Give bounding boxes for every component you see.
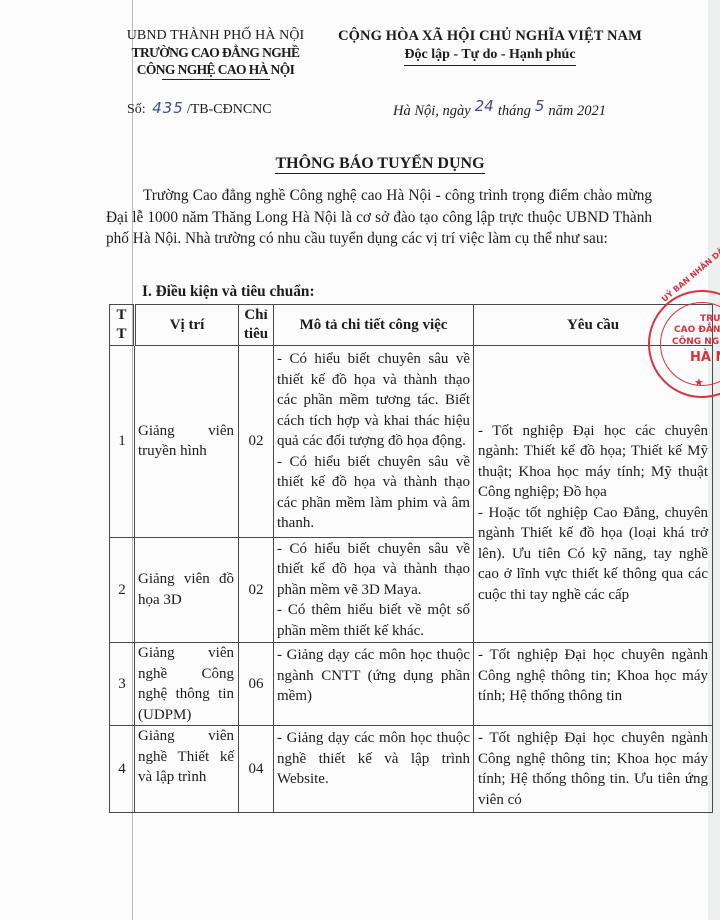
header-description: Mô tả chi tiết công việc — [274, 305, 474, 346]
position-cell: Giảng viên truyền hình — [135, 346, 239, 538]
number-prefix: Số: — [127, 102, 146, 117]
date-month: 5 — [535, 97, 545, 115]
table-row: 1Giảng viên truyền hình02- Có hiểu biết … — [110, 346, 713, 538]
title-text: THÔNG BÁO TUYỂN DỤNG — [275, 155, 484, 174]
table-header-row: TT Vị trí Chỉtiêu Mô tả chi tiết công vi… — [110, 305, 713, 346]
row-number: 3 — [110, 643, 135, 726]
description-cell: - Giảng dạy các môn học thuộc nghề thiết… — [274, 726, 474, 813]
description-item: - Có hiểu biết chuyên sâu về thiết kế đồ… — [277, 452, 470, 534]
position-cell: Giảng viên nghề Công nghệ thông tin (UDP… — [135, 643, 239, 726]
date-month-label: tháng — [498, 103, 531, 119]
header-tt: TT — [110, 305, 135, 346]
section-heading: I. Điều kiện và tiêu chuẩn: — [142, 283, 315, 301]
date-day: 24 — [475, 97, 494, 115]
requirements-cell: - Tốt nghiệp Đại học các chuyên ngành: T… — [474, 346, 713, 643]
position-cell: Giảng viên đồ họa 3D — [135, 537, 239, 643]
quota-cell: 02 — [239, 537, 274, 643]
national-header: CỘNG HÒA XÃ HỘI CHỦ NGHĨA VIỆT NAM Độc l… — [330, 28, 650, 66]
intro-text: Trường Cao đẳng nghề Công nghệ cao Hà Nộ… — [106, 185, 652, 250]
requirement-item: - Tốt nghiệp Đại học các chuyên ngành: T… — [478, 421, 708, 503]
number-handwritten: 435 — [152, 99, 184, 117]
header-quota: Chỉtiêu — [239, 305, 274, 346]
country-name: CỘNG HÒA XÃ HỘI CHỦ NGHĨA VIỆT NAM — [330, 28, 650, 45]
description-item: - Có thêm hiểu biết về một số phần mềm t… — [277, 600, 470, 641]
date-year: năm 2021 — [548, 103, 606, 119]
table-row: 3Giảng viên nghề Công nghệ thông tin (UD… — [110, 643, 713, 726]
school-name-line2: CÔNG NGHỆ CAO HÀ NỘI — [108, 61, 323, 78]
description-cell: - Giảng dạy các môn học thuộc ngành CNTT… — [274, 643, 474, 726]
row-number: 2 — [110, 537, 135, 643]
requirements-cell: - Tốt nghiệp Đại học chuyên ngành Công n… — [474, 726, 713, 813]
recruitment-table: TT Vị trí Chỉtiêu Mô tả chi tiết công vi… — [109, 304, 713, 813]
document-title: THÔNG BÁO TUYỂN DỤNG — [100, 155, 660, 173]
document-number: Số: 435/TB-CĐNCNC — [127, 99, 272, 118]
description-item: - Giảng dạy các môn học thuộc ngành CNTT… — [277, 645, 470, 707]
document-date: Hà Nội, ngày24tháng5năm 2021 — [393, 101, 606, 120]
position-cell: Giảng viên nghề Thiết kế và lập trình — [135, 726, 239, 813]
school-name-line1: TRƯỜNG CAO ĐẲNG NGHỀ — [108, 44, 323, 61]
date-prefix: Hà Nội, ngày — [393, 103, 471, 119]
header-underline — [162, 79, 270, 80]
header-requirements: Yêu cầu — [474, 305, 713, 346]
intro-paragraph: Trường Cao đẳng nghề Công nghệ cao Hà Nộ… — [106, 185, 652, 250]
number-suffix: /TB-CĐNCNC — [187, 102, 272, 117]
requirement-item: - Hoặc tốt nghiệp Cao Đẳng, chuyên ngành… — [478, 503, 708, 606]
requirements-cell: - Tốt nghiệp Đại học chuyên ngành Công n… — [474, 643, 713, 726]
description-cell: - Có hiểu biết chuyên sâu về thiết kế đồ… — [274, 537, 474, 643]
document-page: UBND THÀNH PHỐ HÀ NỘI TRƯỜNG CAO ĐẲNG NG… — [0, 0, 720, 920]
quota-cell: 04 — [239, 726, 274, 813]
national-motto: Độc lập - Tự do - Hạnh phúc — [404, 47, 575, 66]
requirement-item: - Tốt nghiệp Đại học chuyên ngành Công n… — [478, 728, 708, 810]
issuer-header: UBND THÀNH PHỐ HÀ NỘI TRƯỜNG CAO ĐẲNG NG… — [108, 28, 323, 80]
authority-name: UBND THÀNH PHỐ HÀ NỘI — [108, 28, 323, 44]
table-row: 4Giảng viên nghề Thiết kế và lập trình04… — [110, 726, 713, 813]
description-item: - Có hiểu biết chuyên sâu về thiết kế đồ… — [277, 539, 470, 601]
description-cell: - Có hiểu biết chuyên sâu về thiết kế đồ… — [274, 346, 474, 538]
row-number: 4 — [110, 726, 135, 813]
header-position: Vị trí — [135, 305, 239, 346]
requirement-item: - Tốt nghiệp Đại học chuyên ngành Công n… — [478, 645, 708, 707]
row-number: 1 — [110, 346, 135, 538]
quota-cell: 06 — [239, 643, 274, 726]
description-item: - Có hiểu biết chuyên sâu về thiết kế đồ… — [277, 349, 470, 452]
description-item: - Giảng dạy các môn học thuộc nghề thiết… — [277, 728, 470, 790]
quota-cell: 02 — [239, 346, 274, 538]
